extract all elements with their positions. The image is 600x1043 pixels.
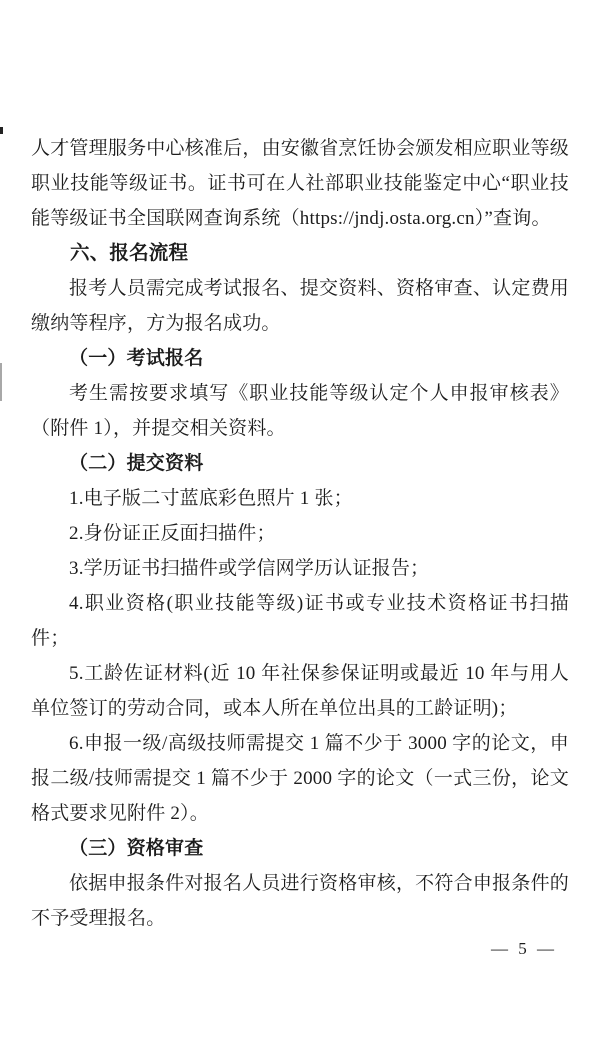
paragraph: 报考人员需完成考试报名、提交资料、资格审查、认定费用缴纳等程序，方为报名成功。 [31, 271, 569, 341]
list-item-3: 3.学历证书扫描件或学信网学历认证报告； [31, 551, 569, 586]
scan-artifact-mark [0, 127, 3, 134]
page-number: — 5 — [491, 938, 557, 960]
subsection-heading-2: （二）提交资料 [31, 446, 569, 481]
paragraph: 考生需按要求填写《职业技能等级认定个人申报审核表》（附件 1），并提交相关资料。 [31, 376, 569, 446]
subsection-heading-3: （三）资格审查 [31, 831, 569, 866]
list-item-5: 5.工龄佐证材料(近 10 年社保参保证明或最近 10 年与用人单位签订的劳动合… [31, 656, 569, 726]
list-item-2: 2.身份证正反面扫描件； [31, 516, 569, 551]
paragraph-continued-from-previous-page: 人才管理服务中心核准后，由安徽省烹饪协会颁发相应职业等级职业技能等级证书。证书可… [31, 131, 569, 236]
section-heading: 六、报名流程 [31, 236, 569, 271]
document-page: 人才管理服务中心核准后，由安徽省烹饪协会颁发相应职业等级职业技能等级证书。证书可… [0, 0, 600, 1043]
scan-artifact-edge-bar [0, 363, 2, 401]
document-body: 人才管理服务中心核准后，由安徽省烹饪协会颁发相应职业等级职业技能等级证书。证书可… [31, 131, 569, 936]
subsection-heading-1: （一）考试报名 [31, 341, 569, 376]
list-item-4: 4.职业资格(职业技能等级)证书或专业技术资格证书扫描件； [31, 586, 569, 656]
paragraph: 依据申报条件对报名人员进行资格审核，不符合申报条件的不予受理报名。 [31, 866, 569, 936]
list-item-6: 6.申报一级/高级技师需提交 1 篇不少于 3000 字的论文，申报二级/技师需… [31, 726, 569, 831]
list-item-1: 1.电子版二寸蓝底彩色照片 1 张； [31, 481, 569, 516]
